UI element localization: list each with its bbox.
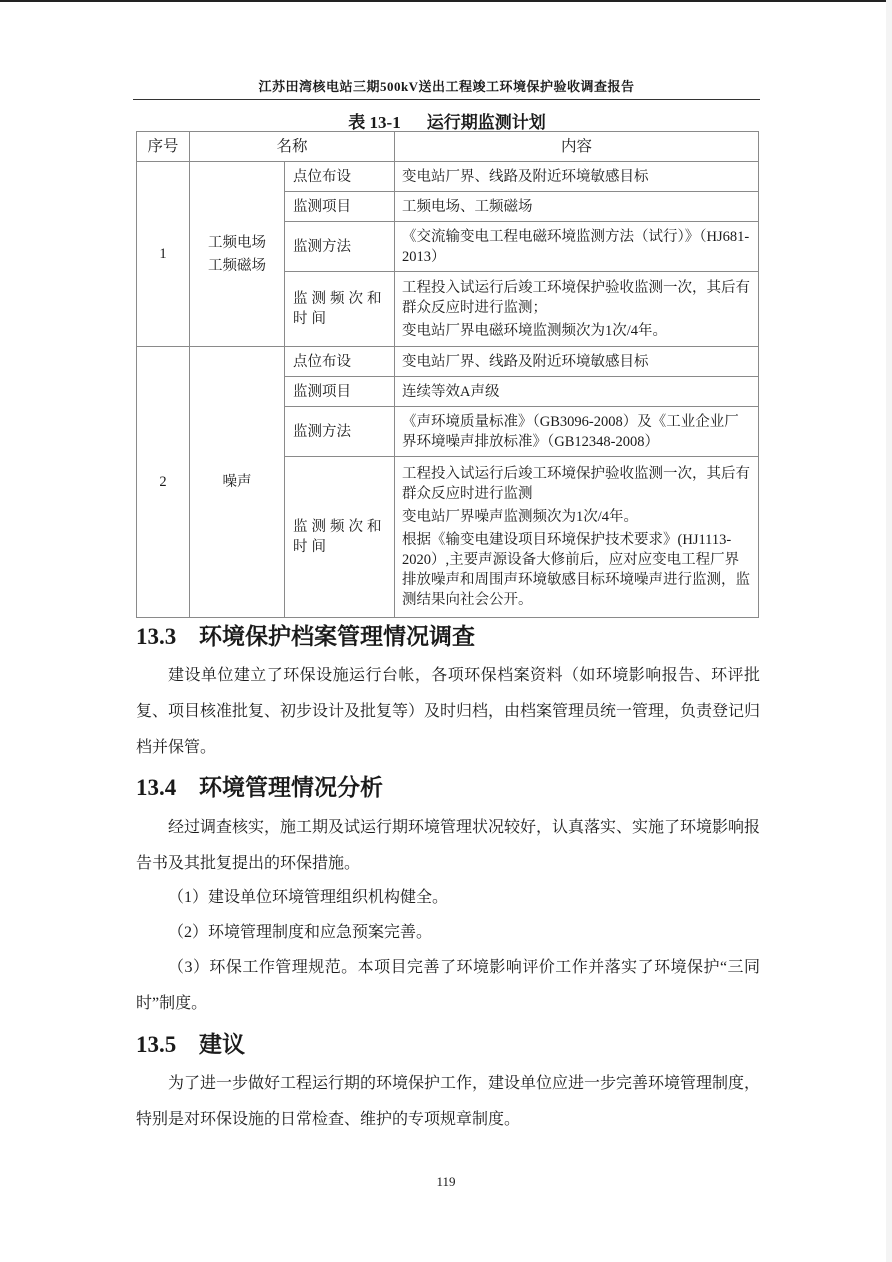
row-category: 噪声 [190, 347, 285, 618]
section-heading-13-4: 13.4环境管理情况分析 [136, 769, 383, 802]
section-13-5-paragraph: 为了进一步做好工程运行期的环境保护工作，建设单位应进一步完善环境管理制度，特别是… [136, 1066, 760, 1138]
page-right-edge [886, 0, 892, 1262]
header-no: 序号 [137, 132, 190, 162]
row-item: 监测项目 [285, 377, 395, 407]
section-13-4-item-3: （3）环保工作管理规范。本项目完善了环境影响评价工作并落实了环境保护“三同时”制… [136, 950, 760, 1022]
monitoring-plan-table: 序号 名称 内容 1 工频电场 工频磁场 点位布设 变电站厂界、线路及附近环境敏… [136, 131, 759, 618]
section-13-3-paragraph: 建设单位建立了环保设施运行台帐，各项环保档案资料（如环境影响报告、环评批复、项目… [136, 658, 760, 766]
row-content: 变电站厂界、线路及附近环境敏感目标 [395, 162, 759, 192]
table-header-row: 序号 名称 内容 [137, 132, 759, 162]
header-rule [133, 99, 760, 100]
row-content: 变电站厂界、线路及附近环境敏感目标 [395, 347, 759, 377]
section-heading-13-5: 13.5建议 [136, 1026, 245, 1059]
row-item: 监测方法 [285, 407, 395, 457]
section-13-4-paragraph: 经过调查核实，施工期及试运行期环境管理状况较好，认真落实、实施了环境影响报告书及… [136, 810, 760, 882]
section-heading-13-3: 13.3环境保护档案管理情况调查 [136, 618, 475, 651]
table-row: 1 工频电场 工频磁场 点位布设 变电站厂界、线路及附近环境敏感目标 [137, 162, 759, 192]
section-13-4-item-2: （2）环境管理制度和应急预案完善。 [136, 915, 760, 951]
row-number: 1 [137, 162, 190, 347]
row-item: 监测频次和时间 [285, 272, 395, 347]
row-content: 工程投入试运行后竣工环境保护验收监测一次，其后有群众反应时进行监测； 变电站厂界… [395, 272, 759, 347]
row-item: 点位布设 [285, 162, 395, 192]
table-row: 2 噪声 点位布设 变电站厂界、线路及附近环境敏感目标 [137, 347, 759, 377]
page-number: 119 [0, 1174, 892, 1190]
row-content: 《交流输变电工程电磁环境监测方法（试行）》（HJ681-2013） [395, 222, 759, 272]
table-caption-number: 表 13-1 [348, 113, 400, 132]
section-13-4-item-1: （1）建设单位环境管理组织机构健全。 [136, 880, 760, 916]
row-item: 监测方法 [285, 222, 395, 272]
header-content: 内容 [395, 132, 759, 162]
row-item: 点位布设 [285, 347, 395, 377]
row-item: 监测项目 [285, 192, 395, 222]
row-content: 工程投入试运行后竣工环境保护验收监测一次，其后有群众反应时进行监测 变电站厂界噪… [395, 457, 759, 618]
row-content: 《声环境质量标准》（GB3096-2008）及《工业企业厂界环境噪声排放标准》（… [395, 407, 759, 457]
row-content: 连续等效A声级 [395, 377, 759, 407]
page-top-edge [0, 0, 892, 2]
header-name: 名称 [190, 132, 395, 162]
row-number: 2 [137, 347, 190, 618]
row-category: 工频电场 工频磁场 [190, 162, 285, 347]
table-caption: 表 13-1运行期监测计划 [136, 108, 758, 133]
row-content: 工频电场、工频磁场 [395, 192, 759, 222]
table-caption-title: 运行期监测计划 [427, 113, 546, 132]
row-item: 监测频次和时间 [285, 457, 395, 618]
running-header: 江苏田湾核电站三期500kV送出工程竣工环境保护验收调查报告 [133, 76, 760, 95]
